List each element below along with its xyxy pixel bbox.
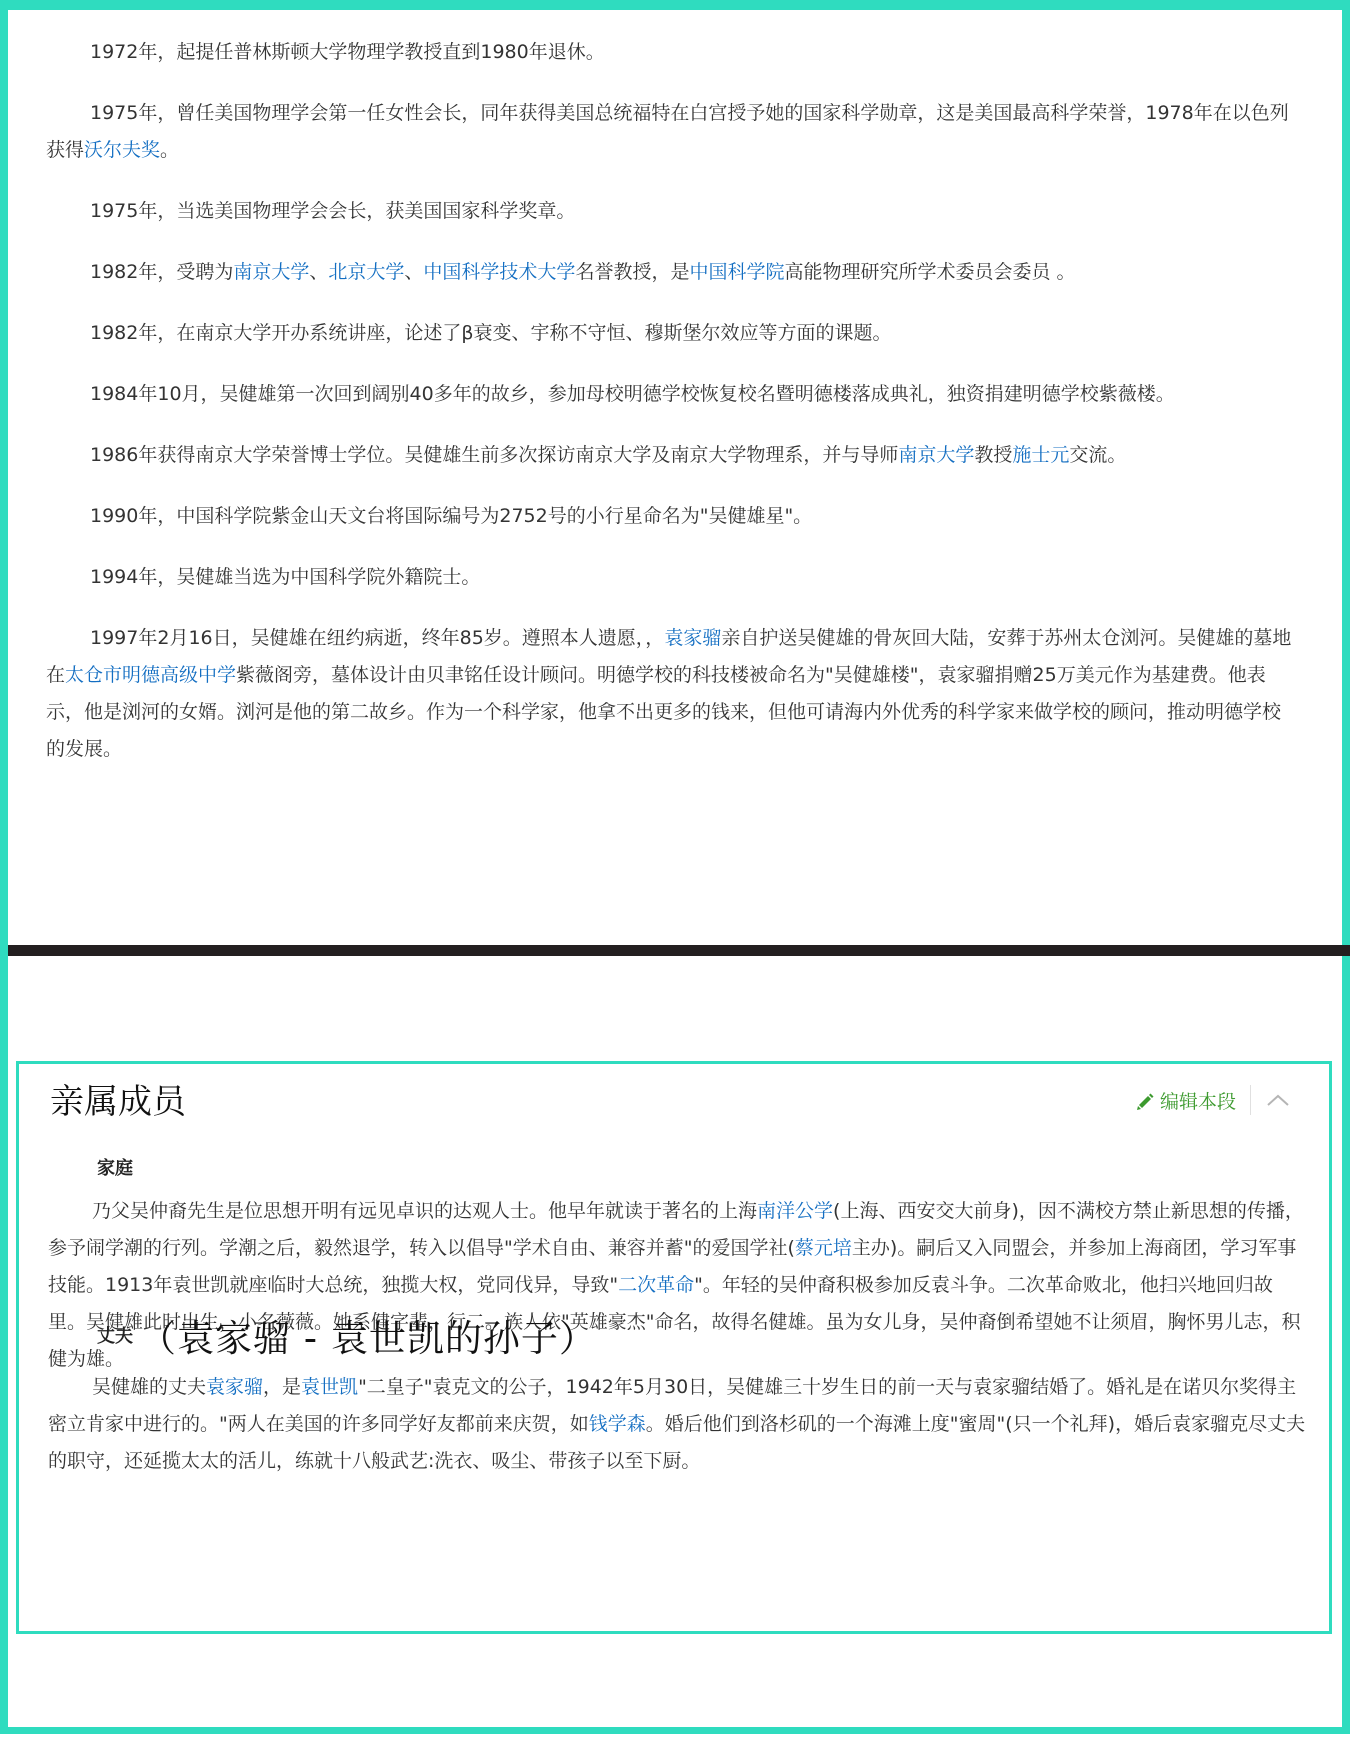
inline-link[interactable]: 中国科学技术大学 [423, 261, 575, 283]
family-subheading: 家庭 [97, 1154, 133, 1180]
inline-link[interactable]: 钱学森 [589, 1413, 646, 1435]
text-run: 教授 [974, 444, 1012, 466]
text-run: 1984年10月，吴健雄第一次回到阔别40多年的故乡，参加母校明德学校恢复校名暨… [90, 383, 1175, 405]
text-run: 1982年，受聘为 [90, 261, 233, 283]
section-toolbar: 编辑本段 [1135, 1082, 1291, 1118]
text-run: 1994年，吴健雄当选为中国科学院外籍院士。 [90, 566, 480, 588]
text-run: 。 [160, 139, 179, 161]
inline-link[interactable]: 袁家骝 [664, 627, 721, 649]
inline-link[interactable]: 南京大学 [233, 261, 309, 283]
inline-link[interactable]: 蔡元培 [795, 1237, 852, 1259]
inline-link[interactable]: 中国科学院 [689, 261, 784, 283]
paragraph: 1982年，在南京大学开办系统讲座，论述了β衰变、宇称不守恒、穆斯堡尔效应等方面… [46, 315, 1296, 352]
collapse-section-button[interactable] [1265, 1087, 1291, 1113]
text-run: 高能物理研究所学术委员会委员 。 [784, 261, 1075, 283]
paragraph: 1984年10月，吴健雄第一次回到阔别40多年的故乡，参加母校明德学校恢复校名暨… [46, 376, 1296, 413]
pencil-icon [1135, 1090, 1155, 1110]
text-run: 1986年获得南京大学荣誉博士学位。吴健雄生前多次探访南京大学及南京大学物理系，… [90, 444, 898, 466]
edit-section-button[interactable]: 编辑本段 [1135, 1087, 1236, 1114]
paragraph: 1990年，中国科学院紫金山天文台将国际编号为2752号的小行星命名为"吴健雄星… [46, 498, 1296, 535]
husband-annotation: （袁家骝 - 袁世凯的孙子） [139, 1308, 597, 1362]
text-run: 1982年，在南京大学开办系统讲座，论述了β衰变、宇称不守恒、穆斯堡尔效应等方面… [90, 322, 891, 344]
text-run: 、 [404, 261, 423, 283]
paragraph: 1972年，起提任普林斯顿大学物理学教授直到1980年退休。 [46, 34, 1296, 71]
text-run: 、 [309, 261, 328, 283]
inline-link[interactable]: 袁家骝 [206, 1376, 263, 1398]
inline-link[interactable]: 施士元 [1012, 444, 1069, 466]
inline-link[interactable]: 太仓市明德高级中学 [65, 664, 236, 686]
section-title: 亲属成员 [50, 1080, 186, 1124]
paragraph: 1986年获得南京大学荣誉博士学位。吴健雄生前多次探访南京大学及南京大学物理系，… [46, 437, 1296, 474]
text-run: 1972年，起提任普林斯顿大学物理学教授直到1980年退休。 [90, 41, 605, 63]
edit-section-label: 编辑本段 [1160, 1087, 1236, 1114]
paragraph: 吴健雄的丈夫袁家骝，是袁世凯"二皇子"袁克文的公子，1942年5月30日，吴健雄… [48, 1369, 1310, 1480]
chevron-up-icon [1266, 1093, 1290, 1107]
text-run: 1975年，当选美国物理学会会长，获美国国家科学奖章。 [90, 200, 575, 222]
paragraph: 1994年，吴健雄当选为中国科学院外籍院士。 [46, 559, 1296, 596]
inline-link[interactable]: 北京大学 [328, 261, 404, 283]
paragraph: 1975年，当选美国物理学会会长，获美国国家科学奖章。 [46, 193, 1296, 230]
inline-link[interactable]: 南洋公学 [757, 1200, 833, 1222]
husband-heading-label: 丈夫 [97, 1322, 133, 1348]
inline-link[interactable]: 二次革命 [618, 1274, 694, 1296]
screenshot-divider [8, 945, 1350, 956]
relatives-section: 亲属成员 编辑本段 家庭 乃父吴仲裔先生是位思想开明有远见卓识的达观人士。他早年… [16, 1061, 1332, 1634]
inline-link[interactable]: 沃尔夫奖 [84, 139, 160, 161]
text-run: 名誉教授，是 [575, 261, 689, 283]
inline-link[interactable]: 南京大学 [898, 444, 974, 466]
paragraph: 1997年2月16日，吴健雄在纽约病逝，终年85岁。遵照本人遗愿，，袁家骝亲自护… [46, 620, 1296, 768]
husband-subheading: 丈夫 （袁家骝 - 袁世凯的孙子） [97, 1308, 597, 1362]
paragraph: 1975年，曾任美国物理学会第一任女性会长，同年获得美国总统福特在白宫授予她的国… [46, 95, 1296, 169]
toolbar-separator [1250, 1085, 1251, 1115]
text-run: ，是 [263, 1376, 301, 1398]
husband-text: 吴健雄的丈夫袁家骝，是袁世凯"二皇子"袁克文的公子，1942年5月30日，吴健雄… [48, 1369, 1310, 1480]
text-run: 1990年，中国科学院紫金山天文台将国际编号为2752号的小行星命名为"吴健雄星… [90, 505, 812, 527]
text-run: 吴健雄的丈夫 [92, 1376, 206, 1398]
text-run: 1997年2月16日，吴健雄在纽约病逝，终年85岁。遵照本人遗愿，， [90, 627, 664, 649]
text-run: 1975年，曾任美国物理学会第一任女性会长，同年获得美国总统福特在白宫授予她的国… [46, 102, 1289, 161]
text-run: 乃父吴仲裔先生是位思想开明有远见卓识的达观人士。他早年就读于著名的上海 [92, 1200, 757, 1222]
paragraph: 1982年，受聘为南京大学、北京大学、中国科学技术大学名誉教授，是中国科学院高能… [46, 254, 1296, 291]
inline-link[interactable]: 袁世凯 [301, 1376, 358, 1398]
text-run: 交流。 [1069, 444, 1126, 466]
biography-timeline: 1972年，起提任普林斯顿大学物理学教授直到1980年退休。1975年，曾任美国… [46, 34, 1296, 792]
